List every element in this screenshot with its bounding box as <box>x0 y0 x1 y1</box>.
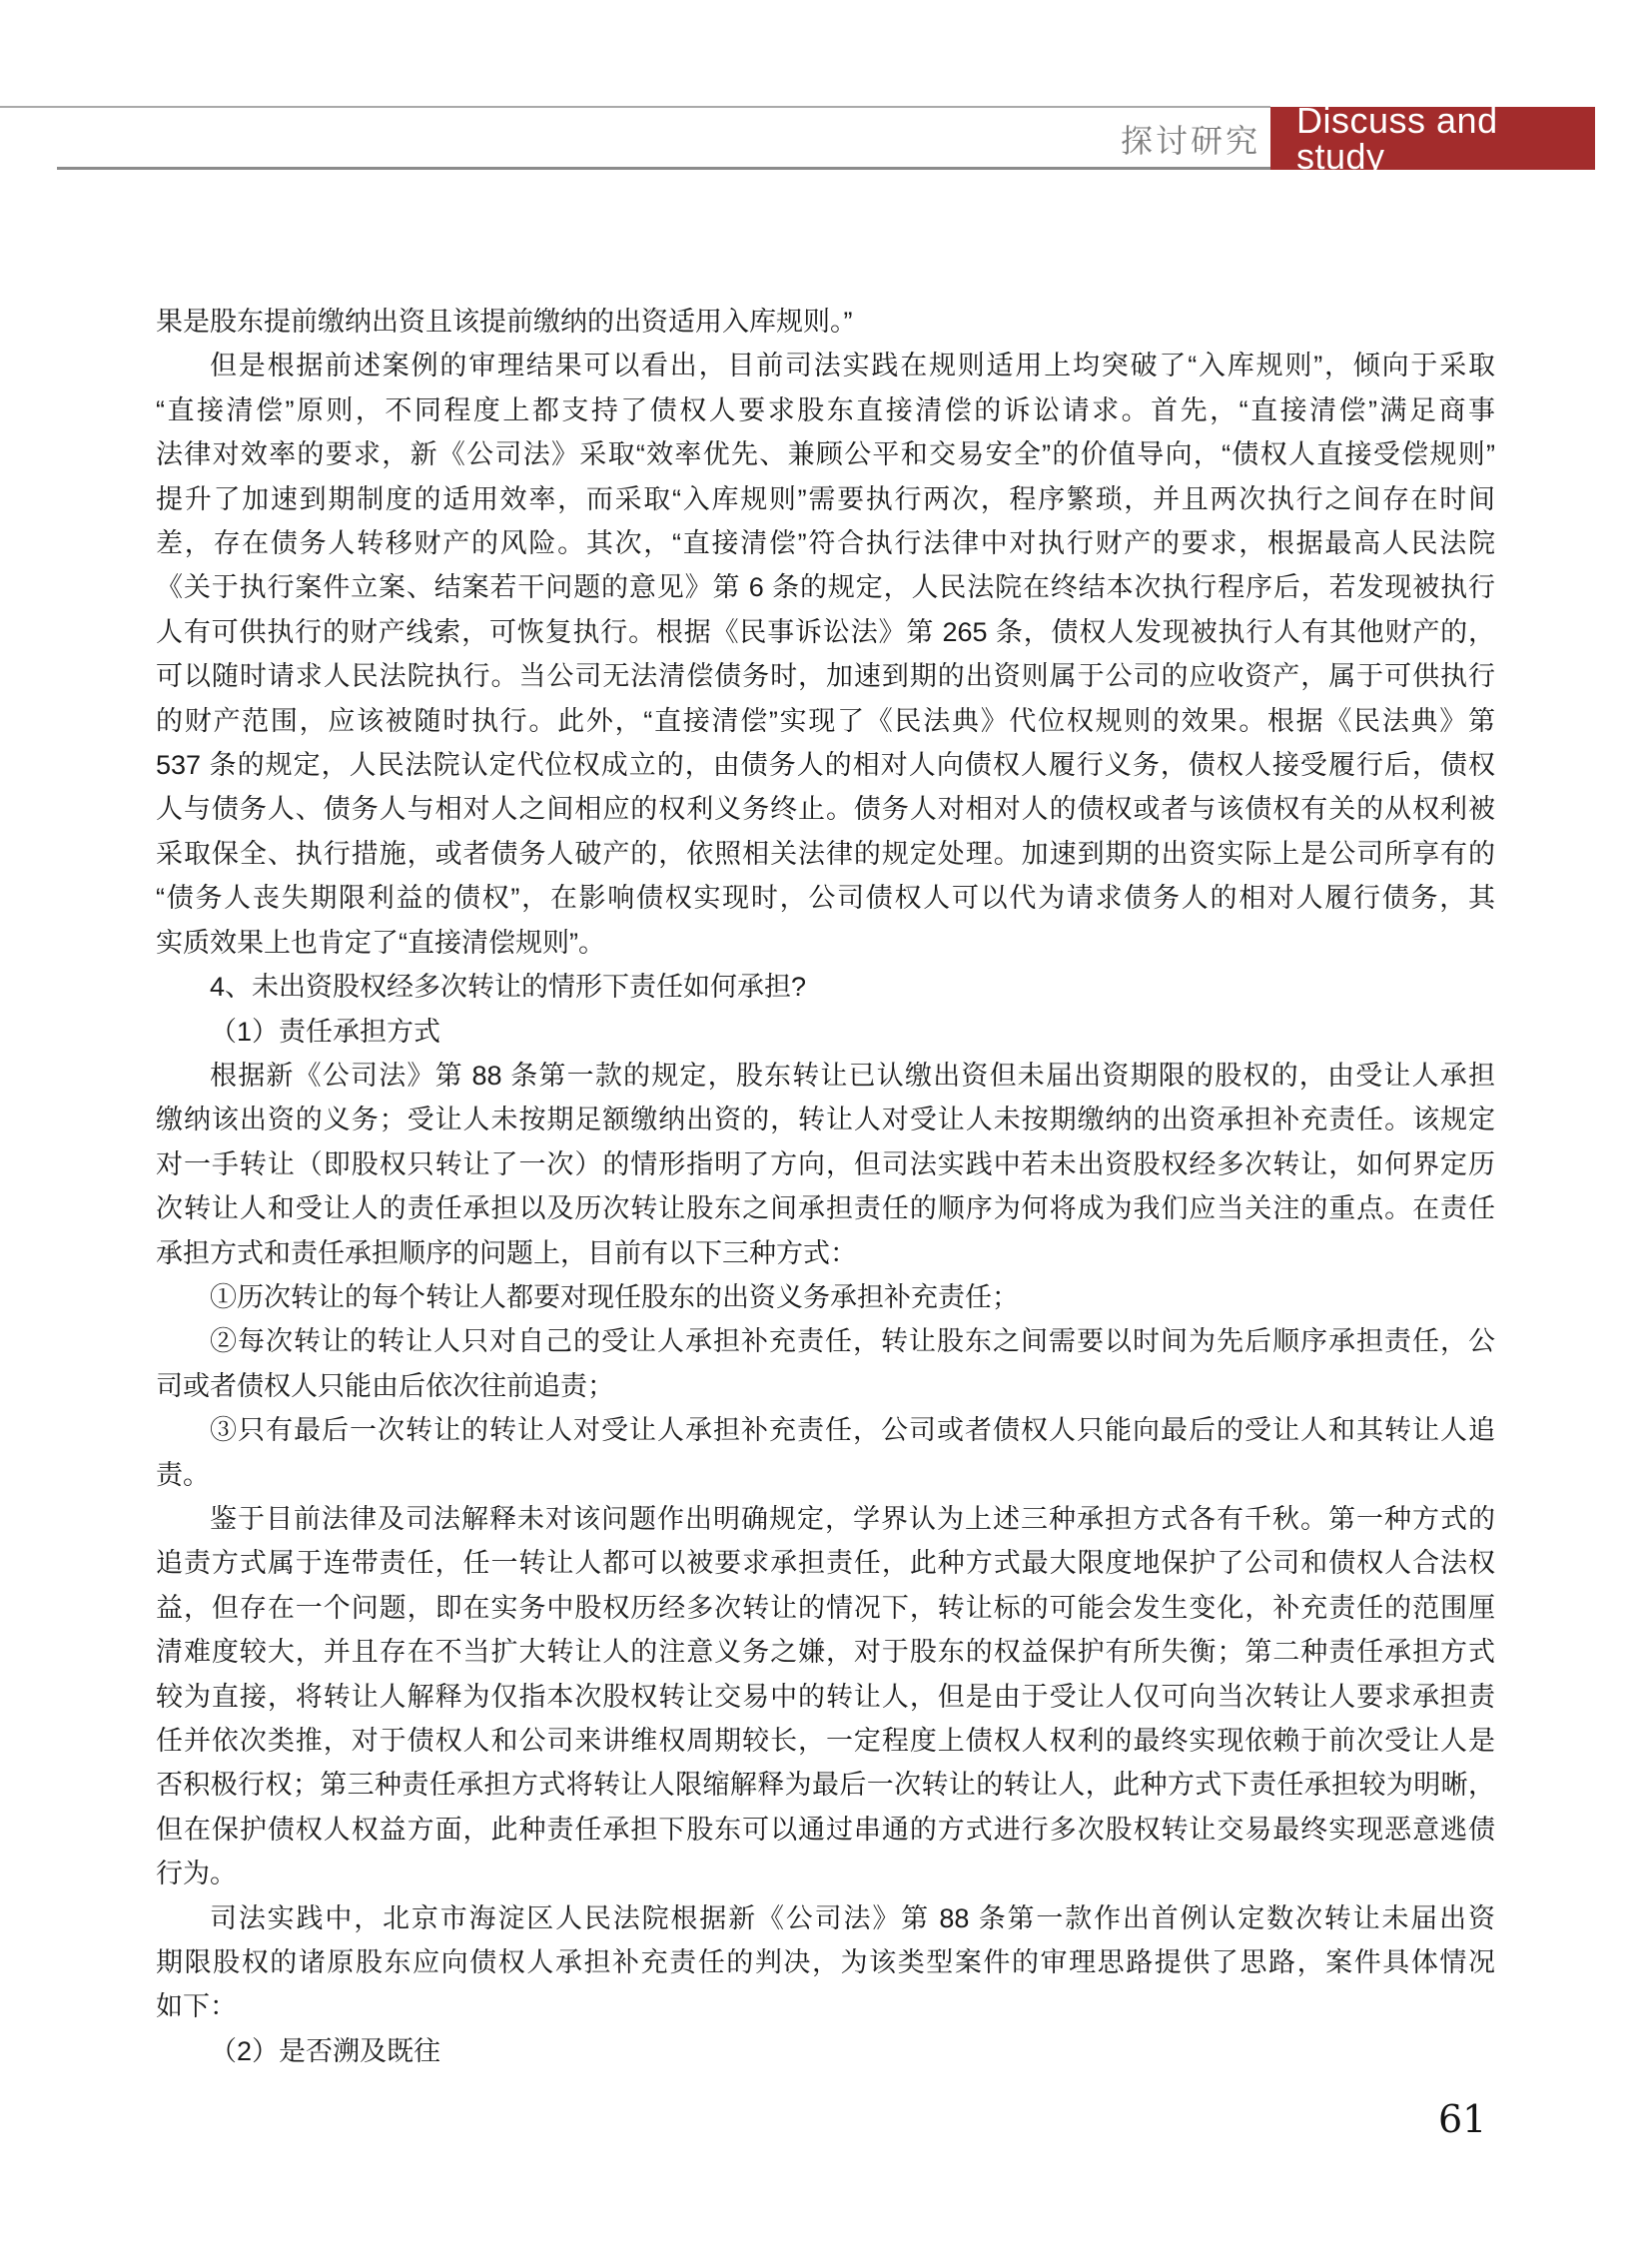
text-line: 差，存在债务人转移财产的风险。其次，“直接清偿”符合执行法律中对执行财产的要求，… <box>156 521 1495 565</box>
text-line: 可以随时请求人民法院执行。当公司无法清偿债务时，加速到期的出资则属于公司的应收资… <box>156 654 1495 698</box>
text-line: 根据新《公司法》第 88 条第一款的规定，股东转让已认缴出资但未届出资期限的股权… <box>156 1054 1495 1098</box>
section-title-en: Discuss and study <box>1296 103 1595 175</box>
text-line: 提升了加速到期制度的适用效率，而采取“入库规则”需要执行两次，程序繁琐，并且两次… <box>156 477 1495 521</box>
text-line: “直接清偿”原则，不同程度上都支持了债权人要求股东直接清偿的诉讼请求。首先，“直… <box>156 388 1495 432</box>
text-line: 人有可供执行的财产线索，可恢复执行。根据《民事诉讼法》第 265 条，债权人发现… <box>156 610 1495 654</box>
text-line: 清难度较大，并且存在不当扩大转让人的注意义务之嫌，对于股东的权益保护有所失衡；第… <box>156 1630 1495 1674</box>
text-line: ③只有最后一次转让的转让人对受让人承担补充责任，公司或者债权人只能向最后的受让人… <box>156 1408 1495 1452</box>
text-line: 益，但存在一个问题，即在实务中股权历经多次转让的情况下，转让标的可能会发生变化，… <box>156 1586 1495 1630</box>
text-line: 行为。 <box>156 1852 1495 1895</box>
text-line: 人与债务人、债务人与相对人之间相应的权利义务终止。债务人对相对人的债权或者与该债… <box>156 787 1495 831</box>
section-title-cn: 探讨研究 <box>959 107 1260 170</box>
text-line: 如下： <box>156 1984 1495 2028</box>
section-banner: Discuss and study <box>1270 107 1595 170</box>
text-line: （2）是否溯及既往 <box>156 2029 1495 2073</box>
text-line: 但在保护债权人权益方面，此种责任承担下股东可以通过串通的方式进行多次股权转让交易… <box>156 1808 1495 1852</box>
text-line: 期限股权的诸原股东应向债权人承担补充责任的判决，为该类型案件的审理思路提供了思路… <box>156 1940 1495 1984</box>
text-line: 任并依次类推，对于债权人和公司来讲维权周期较长，一定程度上债权人权利的最终实现依… <box>156 1719 1495 1763</box>
text-line: 对一手转让（即股权只转让了一次）的情形指明了方向，但司法实践中若未出资股权经多次… <box>156 1142 1495 1186</box>
text-line: 较为直接，将转让人解释为仅指本次股权转让交易中的转让人，但是由于受让人仅可向当次… <box>156 1675 1495 1719</box>
text-line: 实质效果上也肯定了“直接清偿规则”。 <box>156 921 1495 965</box>
text-line: 4、未出资股权经多次转让的情形下责任如何承担? <box>156 965 1495 1009</box>
text-line: 司法实践中，北京市海淀区人民法院根据新《公司法》第 88 条第一款作出首例认定数… <box>156 1896 1495 1940</box>
page-number: 61 <box>1438 2097 1498 2141</box>
text-line: 果是股东提前缴纳出资且该提前缴纳的出资适用入库规则。” <box>156 300 1495 344</box>
document-page: 探讨研究 Discuss and study 果是股东提前缴纳出资且该提前缴纳的… <box>0 0 1652 2242</box>
text-line: 采取保全、执行措施，或者债务人破产的，依照相关法律的规定处理。加速到期的出资实际… <box>156 832 1495 876</box>
text-line: 537 条的规定，人民法院认定代位权成立的，由债务人的相对人向债权人履行义务，债… <box>156 743 1495 787</box>
text-line: 否积极行权；第三种责任承担方式将转让人限缩解释为最后一次转让的转让人，此种方式下… <box>156 1763 1495 1807</box>
text-line: “债务人丧失期限利益的债权”，在影响债权实现时，公司债权人可以代为请求债务人的相… <box>156 876 1495 920</box>
text-line: 鉴于目前法律及司法解释未对该问题作出明确规定，学界认为上述三种承担方式各有千秋。… <box>156 1497 1495 1541</box>
text-line: 的财产范围，应该被随时执行。此外，“直接清偿”实现了《民法典》代位权规则的效果。… <box>156 699 1495 743</box>
text-line: 《关于执行案件立案、结案若干问题的意见》第 6 条的规定，人民法院在终结本次执行… <box>156 565 1495 609</box>
text-line: 司或者债权人只能由后依次往前追责； <box>156 1364 1495 1408</box>
text-line: 法律对效率的要求，新《公司法》采取“效率优先、兼顾公平和交易安全”的价值导向，“… <box>156 432 1495 476</box>
text-line: （1）责任承担方式 <box>156 1010 1495 1054</box>
text-line: 次转让人和受让人的责任承担以及历次转让股东之间承担责任的顺序为何将成为我们应当关… <box>156 1186 1495 1230</box>
text-line: ②每次转让的转让人只对自己的受让人承担补充责任，转让股东之间需要以时间为先后顺序… <box>156 1319 1495 1363</box>
body-text: 果是股东提前缴纳出资且该提前缴纳的出资适用入库规则。”但是根据前述案例的审理结果… <box>156 300 1495 2073</box>
text-line: 但是根据前述案例的审理结果可以看出，目前司法实践在规则适用上均突破了“入库规则”… <box>156 344 1495 387</box>
text-line: 追责方式属于连带责任，任一转让人都可以被要求承担责任，此种方式最大限度地保护了公… <box>156 1541 1495 1585</box>
text-line: 缴纳该出资的义务；受让人未按期足额缴纳出资的，转让人对受让人未按期缴纳的出资承担… <box>156 1098 1495 1141</box>
text-line: 责。 <box>156 1453 1495 1497</box>
text-line: ①历次转让的每个转让人都要对现任股东的出资义务承担补充责任； <box>156 1275 1495 1319</box>
text-line: 承担方式和责任承担顺序的问题上，目前有以下三种方式： <box>156 1231 1495 1275</box>
